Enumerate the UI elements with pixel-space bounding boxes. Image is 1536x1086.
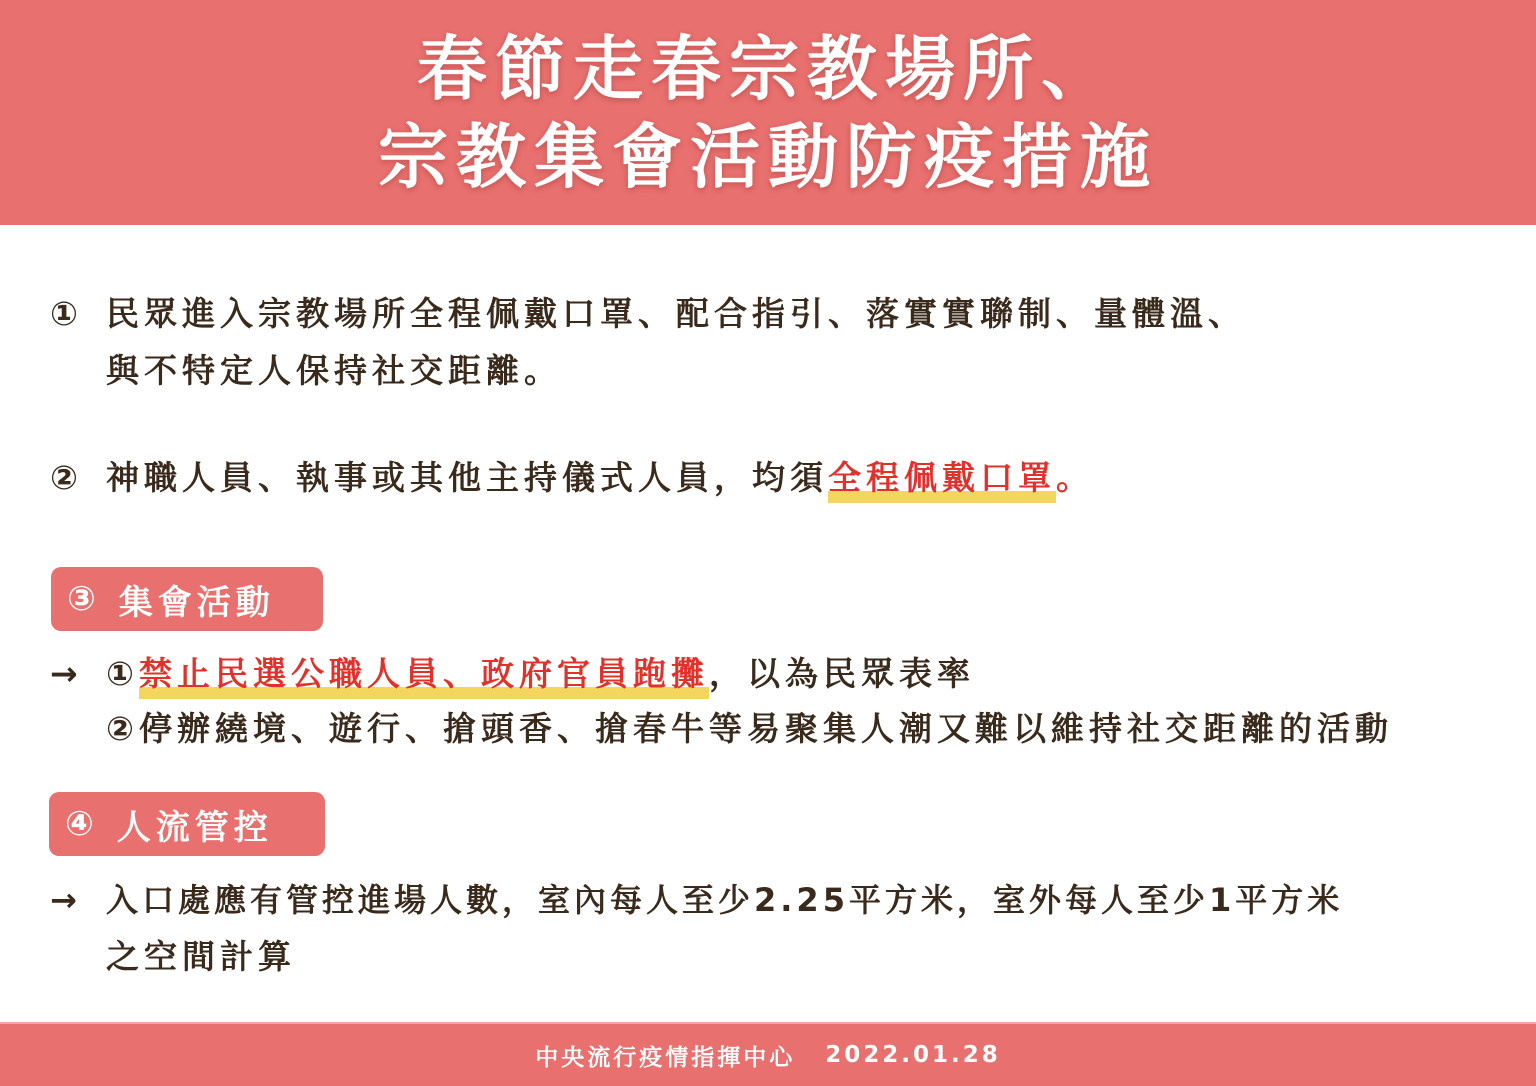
item-4-text-line-1: 入口處應有管控進場人數，室內每人至少2.25平方米，室外每人至少1平方米 [106, 881, 1343, 919]
item-1-text-line-1: 民眾進入宗教場所全程佩戴口罩、配合指引、落實實聯制、量體溫、 [106, 294, 1246, 333]
item-4-line-1: →入口處應有管控進場人數，室內每人至少2.25平方米，室外每人至少1平方米 [50, 875, 1343, 921]
section-badge-crowd-control: ④ 人流管控 [49, 792, 325, 856]
footer-date: 2022.01.28 [825, 1042, 1001, 1068]
item-1-line-2: 與不特定人保持社交距離。 [106, 345, 562, 392]
item-3-sub-1-highlight: 禁止民選公職人員、政府官員跑攤 [139, 654, 709, 699]
title-line-1: 春節走春宗教場所、 [417, 25, 1119, 113]
header-banner: 春節走春宗教場所、 宗教集會活動防疫措施 [0, 0, 1536, 225]
item-2-period: 。 [1056, 458, 1094, 497]
circled-number-1-icon: ① [50, 294, 106, 333]
arrow-right-icon: → [50, 654, 106, 693]
item-2-highlight: 全程佩戴口罩 [828, 458, 1056, 503]
poster: 春節走春宗教場所、 宗教集會活動防疫措施 ①民眾進入宗教場所全程佩戴口罩、配合指… [0, 0, 1536, 1086]
item-3-sub-1-after: ，以為民眾表率 [709, 654, 975, 693]
item-2: ②神職人員、執事或其他主持儀式人員，均須全程佩戴口罩。 [50, 452, 1094, 499]
title-line-2: 宗教集會活動防疫措施 [378, 113, 1158, 201]
sub-number-2: ② [106, 709, 139, 748]
section-badge-gathering: ③ 集會活動 [51, 567, 323, 631]
circled-number-3-icon: ③ [67, 579, 101, 619]
badge-label-crowd-control: 人流管控 [117, 800, 273, 849]
item-2-text: 神職人員、執事或其他主持儀式人員，均須 [106, 458, 828, 497]
item-3-sub-2: ②停辦繞境、遊行、搶頭香、搶春牛等易聚集人潮又難以維持社交距離的活動 [106, 703, 1393, 750]
sub-number-1: ① [106, 654, 139, 693]
footer-banner: 中央流行疫情指揮中心 2022.01.28 [0, 1022, 1536, 1086]
item-3-sub-2-text: 停辦繞境、遊行、搶頭香、搶春牛等易聚集人潮又難以維持社交距離的活動 [139, 709, 1393, 748]
content-area: ①民眾進入宗教場所全程佩戴口罩、配合指引、落實實聯制、量體溫、 與不特定人保持社… [0, 225, 1536, 1022]
item-1-line-1: ①民眾進入宗教場所全程佩戴口罩、配合指引、落實實聯制、量體溫、 [50, 288, 1246, 335]
circled-number-2-icon: ② [50, 458, 106, 497]
circled-number-4-icon: ④ [65, 804, 99, 844]
item-3-sub-1: →①禁止民選公職人員、政府官員跑攤，以為民眾表率 [50, 648, 975, 695]
badge-label-gathering: 集會活動 [119, 575, 275, 624]
arrow-right-icon: → [50, 881, 106, 919]
footer-organization: 中央流行疫情指揮中心 [535, 1039, 795, 1072]
item-4-line-2: 之空間計算 [106, 931, 296, 978]
